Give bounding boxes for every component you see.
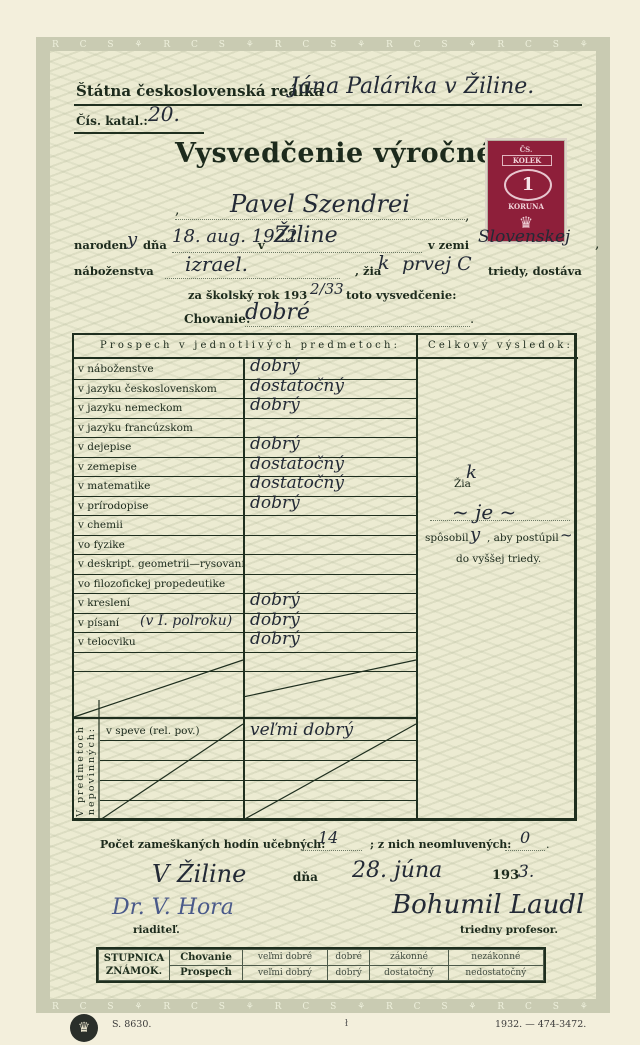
result-next-class: do vyššej triedy.: [456, 553, 541, 565]
scale-value: nedostatočný: [448, 965, 543, 981]
scale-value: zákonné: [370, 950, 448, 966]
result-is: ~ je ~: [452, 500, 516, 524]
issue-year-suffix: 3.: [518, 862, 534, 882]
unexcused-dotline: [505, 850, 545, 851]
teacher-label: triedny profesor.: [460, 924, 558, 936]
print-code: 1932. — 474-3472.: [495, 1019, 586, 1030]
state-seal-icon: ♛: [70, 1014, 98, 1042]
issue-place: V Žiline: [152, 860, 246, 888]
optional-subjects-label: V predmetochnepovinných:: [73, 722, 99, 820]
scale-value: dobrý: [327, 965, 369, 981]
teacher-signature: Bohumil Laudl: [392, 890, 584, 920]
unexcused-label: ; z nich neomluvených:: [370, 838, 511, 851]
scale-value: nezákonné: [448, 950, 543, 966]
issue-date: 28. júna: [352, 858, 442, 883]
issue-year-prefix: 193: [492, 868, 519, 883]
director-label: riaditeľ.: [133, 924, 180, 936]
result-capable-label: spôsobil: [425, 532, 469, 544]
grading-scale: STUPNICAZNÁMOK. Chovanie veľmi dobré dob…: [96, 947, 546, 983]
hours-period: .: [546, 838, 550, 851]
missed-hours: 14: [318, 828, 338, 847]
issue-day-label: dňa: [293, 870, 318, 884]
print-mark: ł: [345, 1019, 348, 1029]
strike-lines: [0, 0, 640, 1045]
director-signature: Dr. V. Hora: [112, 895, 234, 920]
result-capable-tail-suffix: ~: [560, 526, 573, 544]
result-pupil-suffix: k: [466, 462, 477, 483]
scale-value: dostatočný: [370, 965, 448, 981]
scale-value: dobré: [327, 950, 369, 966]
unexcused-hours: 0: [520, 828, 530, 847]
scale-value: veľmi dobré: [243, 950, 328, 966]
missed-hours-dotline: [302, 850, 362, 851]
scale-row-label: Chovanie: [170, 950, 243, 966]
result-capable-tail: , aby postúpil: [487, 532, 559, 544]
missed-hours-label: Počet zameškaných hodín učebných:: [100, 838, 325, 851]
result-capable-suffix: y: [470, 524, 480, 545]
scale-title: STUPNICAZNÁMOK.: [99, 950, 170, 981]
scale-value: veľmi dobrý: [243, 965, 328, 981]
scale-row-label: Prospech: [170, 965, 243, 981]
form-number: S. 8630.: [112, 1019, 151, 1030]
